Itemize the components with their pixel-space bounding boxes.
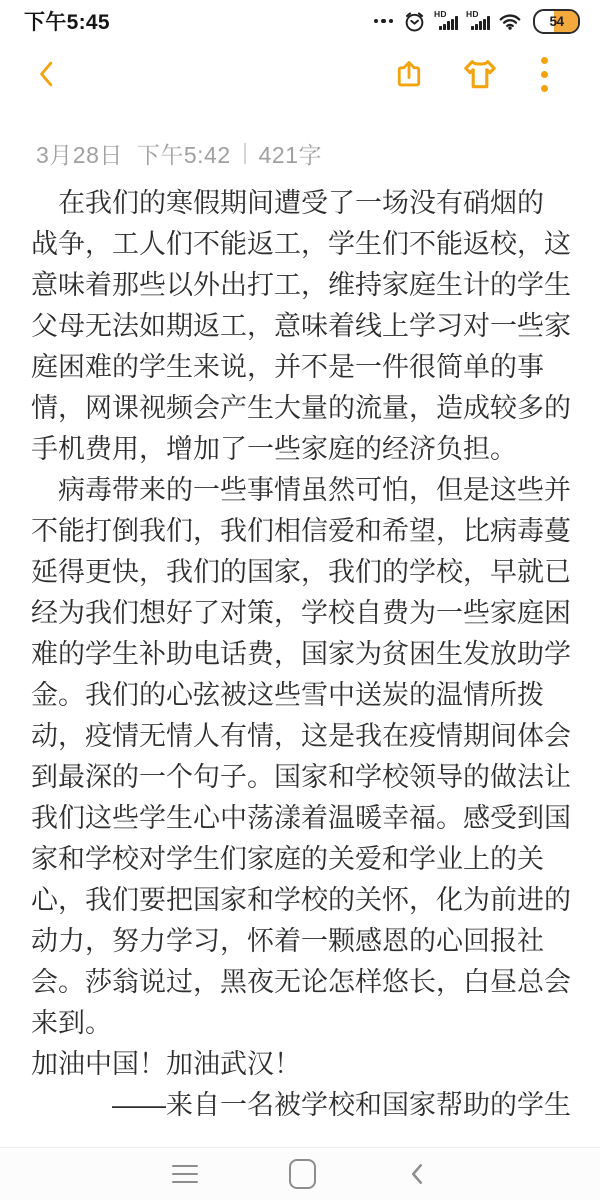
system-nav-bar xyxy=(0,1147,600,1200)
back-button[interactable] xyxy=(34,58,60,90)
more-options-button[interactable] xyxy=(541,57,548,92)
kebab-menu-icon xyxy=(541,57,548,64)
nav-back-button[interactable] xyxy=(406,1161,428,1187)
signal-bars xyxy=(471,16,490,30)
signal-bars xyxy=(439,16,458,30)
alarm-icon xyxy=(403,10,426,33)
battery-icon: 54 xyxy=(533,9,580,34)
share-button[interactable] xyxy=(393,57,425,91)
wifi-icon xyxy=(498,12,522,31)
note-toolbar xyxy=(0,44,600,104)
word-count: 421字 xyxy=(259,137,322,170)
meta-divider xyxy=(244,143,246,164)
recents-menu-icon xyxy=(172,1165,198,1168)
status-bar: 下午5:45 HD HD xyxy=(0,0,600,38)
cellular-signal-hd-icon: HD xyxy=(466,9,490,33)
theme-button[interactable] xyxy=(461,57,499,91)
note-meta: 3月28日 下午5:42 421字 xyxy=(36,139,322,167)
notification-dots-icon xyxy=(374,19,394,24)
share-icon xyxy=(393,57,425,91)
home-button[interactable] xyxy=(289,1159,316,1189)
status-time: 下午5:45 xyxy=(24,6,110,36)
note-body-text[interactable]: 在我们的寒假期间遭受了一场没有硝烟的 战争，工人们不能返工，学生们不能返校，这 … xyxy=(31,183,600,1126)
battery-percent: 54 xyxy=(535,11,578,32)
recents-menu-button[interactable] xyxy=(172,1165,198,1184)
home-icon xyxy=(289,1159,316,1189)
note-date: 3月28日 xyxy=(36,137,123,170)
back-icon xyxy=(406,1161,428,1187)
note-time: 下午5:42 xyxy=(137,137,231,170)
notes-app-screen: 下午5:45 HD HD xyxy=(0,0,600,1200)
status-icons: HD HD 54 xyxy=(374,9,581,34)
tshirt-theme-icon xyxy=(461,57,499,91)
cellular-signal-hd-icon: HD xyxy=(434,9,458,33)
